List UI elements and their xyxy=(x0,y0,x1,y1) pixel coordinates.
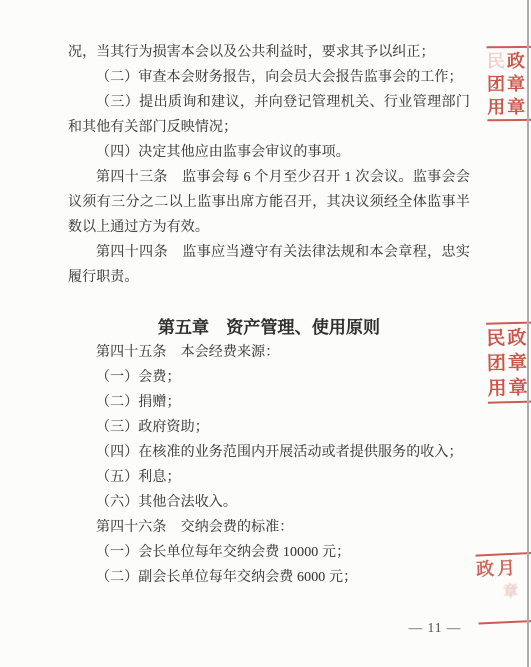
text-line: （二）副会长单位每年交纳会费 6000 元； xyxy=(68,565,470,590)
text-line: 第四十五条 本会经费来源： xyxy=(68,340,470,365)
official-seal-top-icon: 民政 团章 用章 xyxy=(487,46,531,122)
text-line: （四）决定其他应由监事会审议的事项。 xyxy=(68,140,470,165)
text-line: （三）政府资助； xyxy=(68,415,470,440)
document-body: 况，当其行为损害本会以及公共利益时，要求其予以纠正；（二）审查本会财务报告，向会… xyxy=(68,40,470,590)
text-line: （五）利息； xyxy=(68,465,470,490)
official-seal-middle-icon: 民政 团章 用章 xyxy=(486,321,531,403)
chapter-heading: 第五章 资产管理、使用原则 xyxy=(68,315,470,340)
text-line: （六）其他合法收入。 xyxy=(68,490,470,515)
seal-text-row: 团章 xyxy=(487,350,531,376)
text-line: 第四十三条 监事会每 6 个月至少召开 1 次会议。监事会会 xyxy=(68,165,470,190)
seal-text-row xyxy=(478,599,531,622)
text-line: 第四十六条 交纳会费的标准： xyxy=(68,515,470,540)
seal-text-row: 民政 xyxy=(486,325,531,351)
seal-text-row: 民政 xyxy=(487,50,531,74)
text-line: 数以上通过方为有效。 xyxy=(68,215,470,240)
text-line: （一）会长单位每年交纳会费 10000 元； xyxy=(68,540,470,565)
text-line: （一）会费； xyxy=(68,365,470,390)
page-number: — 11 — xyxy=(398,619,472,636)
seal-text-row: 用章 xyxy=(487,96,531,120)
seal-text-row: 政月 xyxy=(476,555,531,582)
text-line: 和其他有关部门反映情况； xyxy=(68,115,470,140)
text-line: （四）在核准的业务范围内开展活动或者提供服务的收入； xyxy=(68,440,470,465)
official-seal-bottom-icon: 政月 章 xyxy=(475,551,531,624)
text-line: （二）捐赠； xyxy=(68,390,470,415)
text-line: （三）提出质询和建议，并向登记管理机关、行业管理部门 xyxy=(68,90,470,115)
text-line: 第四十四条 监事应当遵守有关法律法规和本会章程，忠实 xyxy=(68,240,470,265)
line-spacer xyxy=(68,290,470,315)
seal-text-row: 章 xyxy=(477,579,531,602)
scanned-document-page: 况，当其行为损害本会以及公共利益时，要求其予以纠正；（二）审查本会财务报告，向会… xyxy=(0,0,531,667)
text-line: 履行职责。 xyxy=(68,265,470,290)
seal-text-row: 用章 xyxy=(487,375,531,401)
text-line: 议须有三分之二以上监事出席方能召开，其决议须经全体监事半 xyxy=(68,190,470,215)
text-line: 况，当其行为损害本会以及公共利益时，要求其予以纠正； xyxy=(68,40,470,65)
seal-text-row: 团章 xyxy=(487,73,531,97)
text-line: （二）审查本会财务报告，向会员大会报告监事会的工作； xyxy=(68,65,470,90)
scan-edge-line xyxy=(527,0,529,667)
